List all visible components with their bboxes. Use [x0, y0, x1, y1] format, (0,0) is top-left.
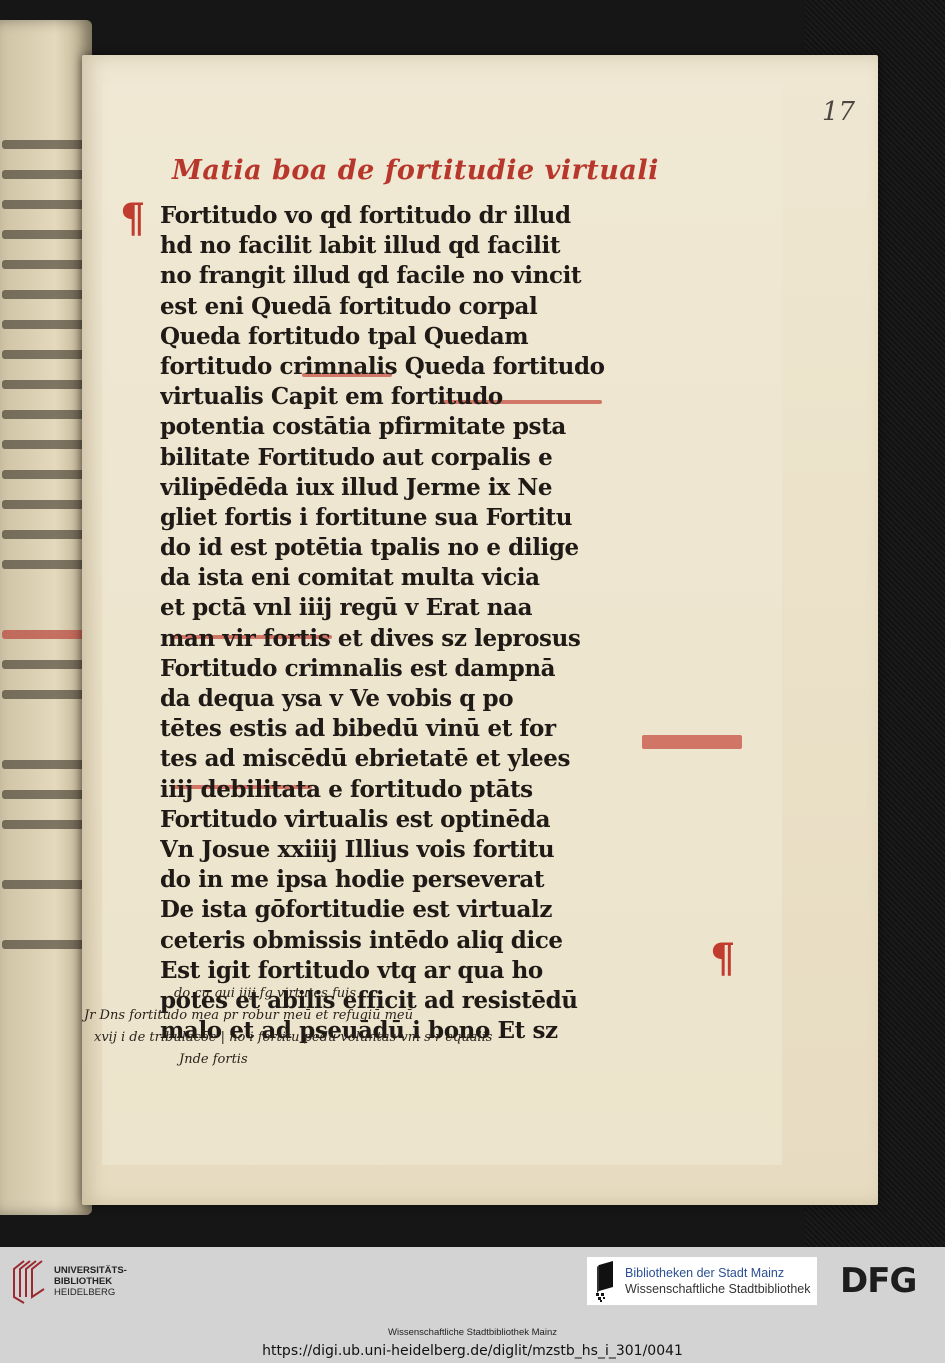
folio-number: 17 [822, 97, 855, 127]
ub-logo-line1: UNIVERSITÄTS- [54, 1265, 127, 1276]
permalink-url[interactable]: https://digi.ub.uni-heidelberg.de/diglit… [0, 1343, 945, 1359]
marginal-notes: do cu qui iiij fg virtutes fuis Jr Dns f… [84, 983, 874, 1071]
dfg-logo[interactable]: DFG [840, 1261, 916, 1301]
mainz-logo-line2: Wissenschaftliche Stadtbibliothek [625, 1281, 811, 1297]
text-line: Queda fortitudo tpal Quedam [160, 322, 710, 352]
mainz-library-logo[interactable]: Bibliotheken der Stadt Mainz Wissenschaf… [587, 1257, 817, 1305]
mainz-logo-line1: Bibliotheken der Stadt Mainz [625, 1265, 811, 1281]
paragraph-mark-icon: ¶ [120, 195, 145, 242]
text-line: ceteris obmissis intēdo aliq dice [160, 926, 710, 956]
ub-logo-line2: BIBLIOTHEK [54, 1276, 127, 1287]
book-icon [593, 1259, 619, 1303]
text-line: Est igit fortitudo vtq ar qua ho [160, 956, 710, 986]
manuscript-page: 17 ¶ ¶ Matia boa de fortitudie virtuali … [82, 55, 878, 1205]
paragraph-mark-icon: ¶ [710, 935, 735, 982]
text-line: fortitudo crimnalis Queda fortitudo [160, 352, 710, 382]
text-line: potentia costātia pfirmitate psta [160, 412, 710, 442]
text-line: bilitate Fortitudo aut corpalis e [160, 443, 710, 473]
text-line: da dequa ysa v Ve vobis q po [160, 684, 710, 714]
ub-logo-line3: HEIDELBERG [54, 1287, 127, 1298]
text-line: man vir fortis et dives sz leprosus [160, 624, 710, 654]
body-text: Fortitudo vo qd fortitudo dr illud hd no… [160, 201, 710, 1046]
text-line: Fortitudo virtualis est optinēda [160, 805, 710, 835]
footer-bar: UNIVERSITÄTS- BIBLIOTHEK HEIDELBERG Bibl… [0, 1247, 945, 1363]
marginal-note: do cu qui iiij fg virtutes fuis [84, 983, 874, 1005]
facing-page-left [0, 20, 92, 1215]
text-line: tētes estis ad bibedū vinū et for [160, 714, 710, 744]
text-line: tes ad miscēdū ebrietatē et ylees [160, 744, 710, 774]
text-line: De ista gōfortitudie est virtualz [160, 895, 710, 925]
text-line: do in me ipsa hodie perseverat [160, 865, 710, 895]
text-line: virtualis Capit em fortitudo [160, 382, 710, 412]
text-line: gliet fortis i fortitune sua Fortitu [160, 503, 710, 533]
marginal-note: xvij i de tribulacōe | no i fortitu pedū… [84, 1027, 874, 1049]
marginal-note: Jr Dns fortitudo mea pr robur meū et ref… [84, 1005, 874, 1027]
text-line: et pctā vnl iiij regū v Erat naa [160, 593, 710, 623]
text-line: est eni Quedā fortitudo corpal [160, 292, 710, 322]
text-line: Fortitudo vo qd fortitudo dr illud [160, 201, 710, 231]
text-line: vilipēdēda iux illud Jerme ix Ne [160, 473, 710, 503]
text-line: no frangit illud qd facile no vincit [160, 261, 710, 291]
text-line: Fortitudo crimnalis est dampnā [160, 654, 710, 684]
manuscript-scan: 17 ¶ ¶ Matia boa de fortitudie virtuali … [0, 0, 945, 1247]
text-line: iiij debilitata e fortitudo ptāts [160, 775, 710, 805]
text-line: Vn Josue xxiiij Illius vois fortitu [160, 835, 710, 865]
credit-line: Wissenschaftliche Stadtbibliothek Mainz [0, 1327, 945, 1338]
rubric-heading: Matia boa de fortitudie virtuali [172, 155, 659, 186]
text-line: do id est potētia tpalis no e dilige [160, 533, 710, 563]
ub-heidelberg-mark-icon [10, 1257, 46, 1305]
text-line: da ista eni comitat multa vicia [160, 563, 710, 593]
ub-heidelberg-logo[interactable]: UNIVERSITÄTS- BIBLIOTHEK HEIDELBERG [10, 1257, 127, 1305]
marginal-note: Jnde fortis [84, 1049, 874, 1071]
text-line: hd no facilit labit illud qd facilit [160, 231, 710, 261]
